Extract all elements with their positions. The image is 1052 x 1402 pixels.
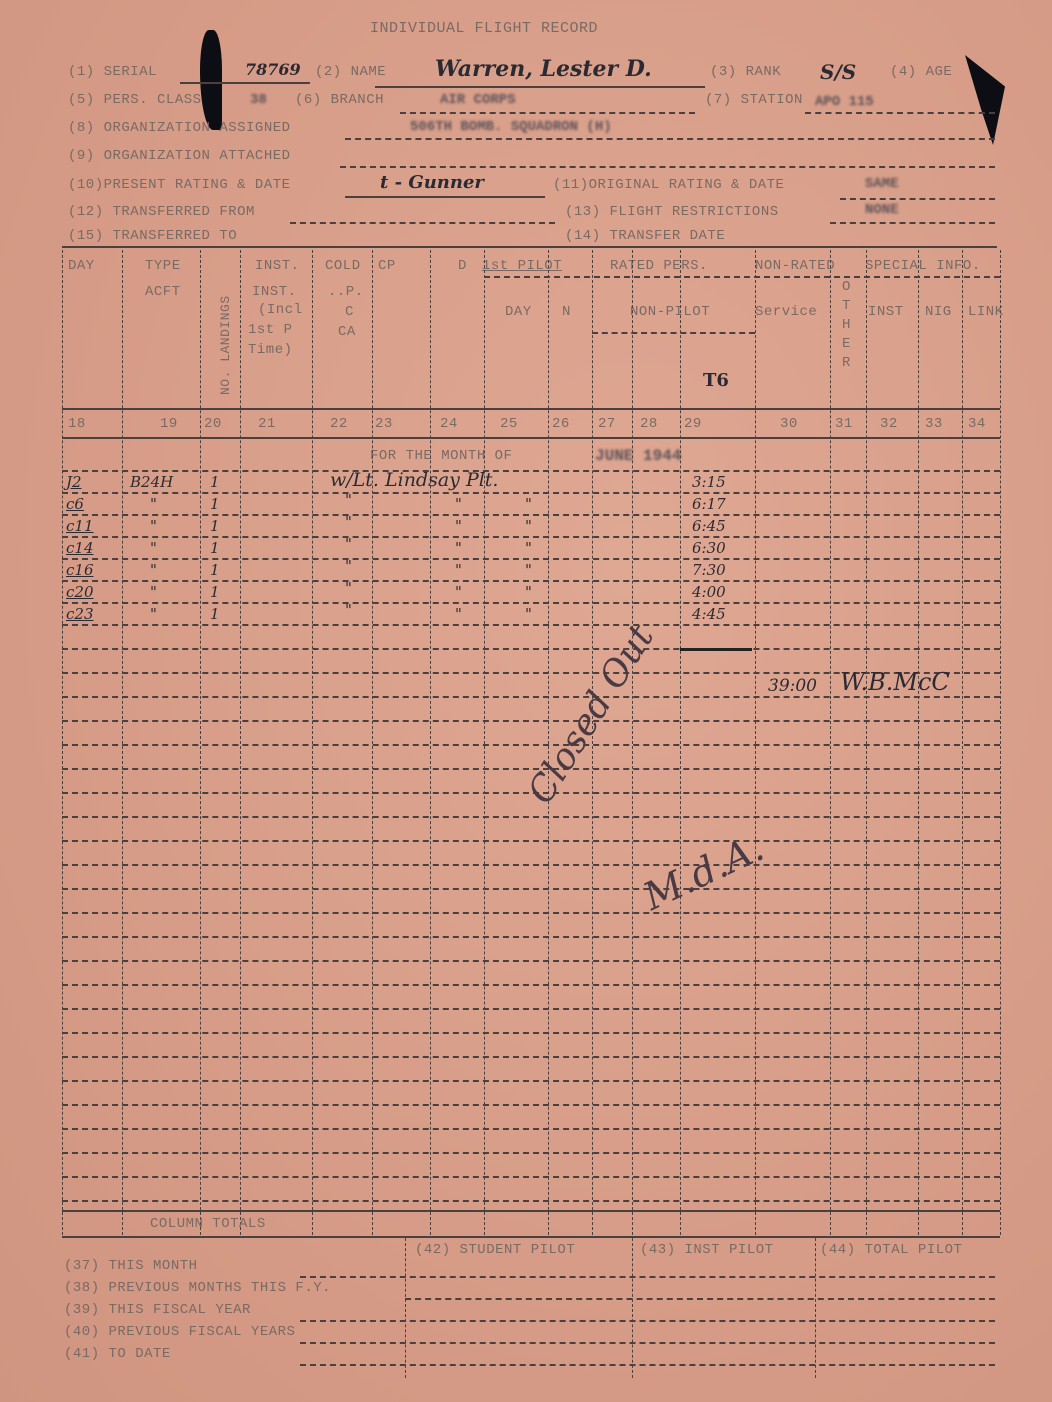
non-pilot-subrule	[592, 332, 755, 334]
ditto-mark: "	[455, 517, 462, 535]
org-assigned-line	[345, 138, 995, 140]
flight-restrictions-line	[830, 222, 995, 224]
flight-crew-note: "	[345, 491, 352, 509]
column-number: 20	[204, 416, 222, 432]
grid-row-line	[62, 696, 1000, 698]
column-number: 18	[68, 416, 86, 432]
grid-row-line	[62, 816, 1000, 818]
col-cold-4: CA	[338, 324, 356, 340]
flight-time: 4:00	[692, 583, 726, 601]
grid-row-line	[62, 602, 1000, 604]
flight-landings: 1	[210, 473, 220, 491]
grid-row-line	[62, 558, 1000, 560]
grid-row-line	[62, 1032, 1000, 1034]
ditto-mark: "	[455, 539, 462, 557]
station-value: APO 115	[815, 94, 874, 110]
grid-row-line	[62, 1080, 1000, 1082]
footer-divider	[405, 1238, 406, 1378]
column-number: 24	[440, 416, 458, 432]
ditto-mark: "	[525, 495, 532, 513]
org-assigned-value: 506TH BOMB. SQUADRON (H)	[410, 119, 612, 135]
ditto-mark: "	[525, 605, 532, 623]
grid-row-line	[62, 1104, 1000, 1106]
grid-column-line	[200, 250, 201, 1235]
flight-day: c20	[66, 583, 94, 601]
footer-row-label: (40) PREVIOUS FISCAL YEARS	[64, 1324, 295, 1340]
grid-row-line	[62, 648, 1000, 650]
colnum-rule	[62, 437, 1000, 439]
grid-column-line	[484, 250, 485, 1235]
org-attached-label: (9) ORGANIZATION ATTACHED	[68, 148, 291, 164]
present-rating-label: (10)PRESENT RATING & DATE	[68, 177, 291, 193]
form-title: INDIVIDUAL FLIGHT RECORD	[370, 20, 598, 37]
flight-crew-note: "	[345, 557, 352, 575]
grid-row-line	[62, 744, 1000, 746]
name-label: (2) NAME	[315, 64, 386, 80]
period-value: JUNE 1944	[595, 447, 681, 465]
transferred-from-label: (12) TRANSFERRED FROM	[68, 204, 255, 220]
col-non-rated: NON-RATED	[755, 258, 835, 274]
ditto-mark: "	[525, 517, 532, 535]
org-assigned-label: (8) ORGANIZATION ASSIGNED	[68, 120, 291, 136]
col-inst-5: Time)	[248, 342, 293, 358]
grid-column-line	[430, 250, 431, 1235]
column-number: 28	[640, 416, 658, 432]
col-inst-1: INST.	[255, 258, 300, 274]
column-number: 32	[880, 416, 898, 432]
ditto-mark: "	[525, 583, 532, 601]
col-inst: INST	[868, 304, 904, 320]
name-value: Warren, Lester D.	[435, 56, 652, 82]
serial-label: (1) SERIAL	[68, 64, 157, 80]
grid-row-line	[62, 840, 1000, 842]
flight-time: 3:15	[692, 473, 726, 491]
grid-row-line	[62, 1200, 1000, 1202]
flight-time: 6:17	[692, 495, 726, 513]
flight-aircraft-type: "	[150, 583, 157, 601]
header-bottom-rule	[62, 246, 997, 248]
flight-time: 7:30	[692, 561, 726, 579]
pers-class-label: (5) PERS. CLASS	[68, 92, 202, 108]
flight-day: c16	[66, 561, 94, 579]
col-inst-4: 1st P	[248, 322, 293, 338]
ditto-mark: "	[455, 605, 462, 623]
column-number: 34	[968, 416, 986, 432]
column-number: 33	[925, 416, 943, 432]
flight-restrictions-value: NONE	[865, 202, 899, 218]
flight-landings: 1	[210, 495, 220, 513]
footer-row-label: (41) TO DATE	[64, 1346, 171, 1362]
ditto-mark: "	[455, 495, 462, 513]
grid-row-line	[62, 888, 1000, 890]
flight-landings: 1	[210, 583, 220, 601]
grid-column-line	[122, 250, 123, 1235]
station-label: (7) STATION	[705, 92, 803, 108]
col-d: D	[458, 258, 467, 274]
footer-row-label: (37) THIS MONTH	[64, 1258, 198, 1274]
serial-value: 78769	[245, 60, 301, 79]
col-non-pilot: NON-PILOT	[630, 304, 710, 320]
flight-time: 6:45	[692, 517, 726, 535]
grid-column-line	[240, 250, 241, 1235]
column-number: 22	[330, 416, 348, 432]
flight-aircraft-type: "	[150, 605, 157, 623]
flight-crew-note: "	[345, 535, 352, 553]
grid-row-line	[62, 624, 1000, 626]
grid-column-line	[962, 250, 963, 1235]
footer-row-line	[405, 1298, 995, 1300]
t6-note: T6	[703, 370, 729, 391]
col-rated-pers: RATED PERS.	[610, 258, 708, 274]
grid-row-line	[62, 936, 1000, 938]
footer-divider	[632, 1238, 633, 1378]
column-number: 27	[598, 416, 616, 432]
grid-row-line	[62, 1152, 1000, 1154]
grid-row-line	[62, 1056, 1000, 1058]
org-attached-line	[340, 166, 995, 168]
grid-row-line	[62, 1128, 1000, 1130]
grid-column-line	[680, 250, 681, 1235]
grid-column-line	[918, 250, 919, 1235]
original-rating-label: (11)ORIGINAL RATING & DATE	[553, 177, 784, 193]
col-cold-3: C	[345, 304, 354, 320]
grid-row-line	[62, 864, 1000, 866]
rank-value: S/S	[820, 60, 856, 84]
column-number: 29	[684, 416, 702, 432]
column-number: 25	[500, 416, 518, 432]
footer-row-label: (39) THIS FISCAL YEAR	[64, 1302, 251, 1318]
col-link: LINK	[968, 304, 1004, 320]
flight-aircraft-type: B24H	[130, 473, 173, 491]
col-special-info: SPECIAL INFO.	[865, 258, 981, 274]
column-number: 23	[375, 416, 393, 432]
total-initials: W.B.McC	[840, 668, 950, 696]
totals-bottom-rule	[62, 1236, 1000, 1238]
flight-time: 4:45	[692, 605, 726, 623]
col-night: NIG	[925, 304, 952, 320]
col-cold-1: COLD	[325, 258, 361, 274]
column-totals-label: COLUMN TOTALS	[150, 1216, 266, 1232]
branch-line	[400, 112, 695, 114]
flight-day: c6	[66, 495, 84, 513]
transferred-to-label: (15) TRANSFERRED TO	[68, 228, 237, 244]
original-rating-value: SAME	[865, 176, 899, 192]
col-type-2: ACFT	[145, 284, 181, 300]
grid-row-line	[62, 536, 1000, 538]
grid-row-line	[62, 1008, 1000, 1010]
col-cp: CP	[378, 258, 396, 274]
col-type-1: TYPE	[145, 258, 181, 274]
col-first-pilot-day: DAY	[505, 304, 532, 320]
total-underline	[680, 648, 752, 651]
grid-row-line	[62, 912, 1000, 914]
grid-row-line	[62, 720, 1000, 722]
flight-crew-note: w/Lt. Lindsay Plt.	[330, 469, 498, 491]
column-number: 30	[780, 416, 798, 432]
grid-row-line	[62, 492, 1000, 494]
grid-row-line	[62, 984, 1000, 986]
col-inst-2: INST.	[252, 284, 297, 300]
inst-pilot-label: (43) INST PILOT	[640, 1242, 774, 1258]
col-first-pilot-night: N	[562, 304, 571, 320]
grid-row-line	[62, 470, 1000, 472]
col-service: Service	[755, 304, 817, 320]
total-hours: 39:00	[768, 676, 817, 696]
flight-day: c11	[66, 517, 94, 535]
col-cold-2: ..P.	[328, 284, 364, 300]
branch-value: AIR CORPS	[440, 92, 516, 108]
grid-column-line	[1000, 250, 1001, 1235]
pers-class-value: 38	[250, 92, 267, 108]
grid-column-line	[830, 250, 831, 1235]
period-label: FOR THE MONTH OF	[370, 448, 512, 464]
column-number: 21	[258, 416, 276, 432]
flight-crew-note: "	[345, 513, 352, 531]
first-pilot-rule	[484, 276, 1000, 278]
flight-landings: 1	[210, 539, 220, 557]
header-rule	[62, 408, 1000, 410]
ditto-mark: "	[455, 583, 462, 601]
transfer-date-label: (14) TRANSFER DATE	[565, 228, 725, 244]
column-number: 26	[552, 416, 570, 432]
name-line	[375, 86, 705, 88]
col-inst-3: (Incl	[258, 302, 303, 318]
footer-divider	[815, 1238, 816, 1378]
present-rating-line	[345, 196, 545, 198]
totals-top-rule	[62, 1210, 1000, 1212]
rank-label: (3) RANK	[710, 64, 781, 80]
flight-aircraft-type: "	[150, 561, 157, 579]
grid-column-line	[312, 250, 313, 1235]
grid-row-line	[62, 580, 1000, 582]
age-label: (4) AGE	[890, 64, 952, 80]
grid-row-line	[62, 514, 1000, 516]
column-number: 19	[160, 416, 178, 432]
flight-aircraft-type: "	[150, 517, 157, 535]
flight-restrictions-label: (13) FLIGHT RESTRICTIONS	[565, 204, 779, 220]
serial-line	[180, 82, 310, 84]
student-pilot-label: (42) STUDENT PILOT	[415, 1242, 575, 1258]
present-rating-value: t - Gunner	[380, 172, 484, 193]
original-rating-line	[840, 198, 995, 200]
grid-column-line	[372, 250, 373, 1235]
col-other: OTHER	[842, 278, 852, 373]
grid-column-line	[62, 250, 63, 1235]
total-pilot-label: (44) TOTAL PILOT	[820, 1242, 962, 1258]
flight-day: c23	[66, 605, 94, 623]
ditto-mark: "	[525, 561, 532, 579]
col-no-landings: NO. LANDINGS	[218, 255, 233, 395]
ditto-mark: "	[525, 539, 532, 557]
flight-landings: 1	[210, 517, 220, 535]
col-first-pilot: 1st PILOT	[482, 258, 562, 274]
col-day: DAY	[68, 258, 95, 274]
transferred-from-line	[290, 222, 555, 224]
flight-crew-note: "	[345, 601, 352, 619]
flight-landings: 1	[210, 605, 220, 623]
flight-day: J2	[66, 473, 82, 491]
flight-aircraft-type: "	[150, 539, 157, 557]
flight-aircraft-type: "	[150, 495, 157, 513]
grid-column-line	[632, 250, 633, 1235]
footer-row-label: (38) PREVIOUS MONTHS THIS F.Y.	[64, 1280, 331, 1296]
grid-column-line	[755, 250, 756, 1235]
column-number: 31	[835, 416, 853, 432]
flight-day: c14	[66, 539, 94, 557]
branch-label: (6) BRANCH	[295, 92, 384, 108]
flight-landings: 1	[210, 561, 220, 579]
grid-row-line	[62, 1176, 1000, 1178]
grid-column-line	[866, 250, 867, 1235]
flight-time: 6:30	[692, 539, 726, 557]
grid-row-line	[62, 960, 1000, 962]
flight-crew-note: "	[345, 579, 352, 597]
station-line	[805, 112, 995, 114]
ditto-mark: "	[455, 561, 462, 579]
